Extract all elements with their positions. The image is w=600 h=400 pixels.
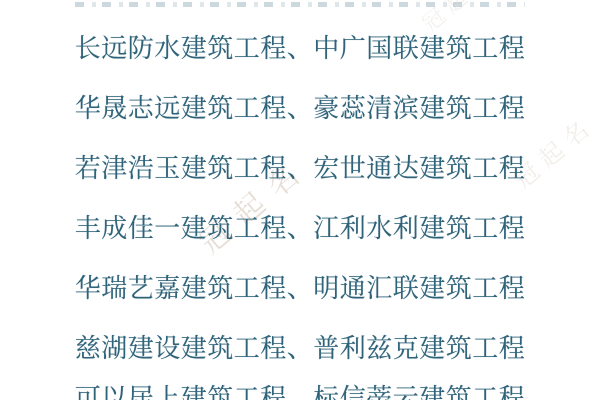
article-page: 冠起名 冠起名 冠起名 长远防水建筑工程、中广国联建筑工程 华晟志远建筑工程、豪… xyxy=(0,0,600,400)
company-name-row: 华瑞艺嘉建筑工程、明通汇联建筑工程 xyxy=(0,274,600,304)
company-name-row: 华晟志远建筑工程、豪蕊清滨建筑工程 xyxy=(0,94,600,124)
company-name-row: 慈湖建设建筑工程、普利兹克建筑工程 xyxy=(0,334,600,364)
clipped-text-row-top xyxy=(75,2,525,7)
company-name-row: 长远防水建筑工程、中广国联建筑工程 xyxy=(0,34,600,64)
company-name-row: 丰成佳一建筑工程、江利水利建筑工程 xyxy=(0,214,600,244)
clipped-text-row-bottom: 可以居上建筑工程、标信蒂云建筑工程 xyxy=(0,384,600,400)
company-name-row: 若津浩玉建筑工程、宏世通达建筑工程 xyxy=(0,154,600,184)
